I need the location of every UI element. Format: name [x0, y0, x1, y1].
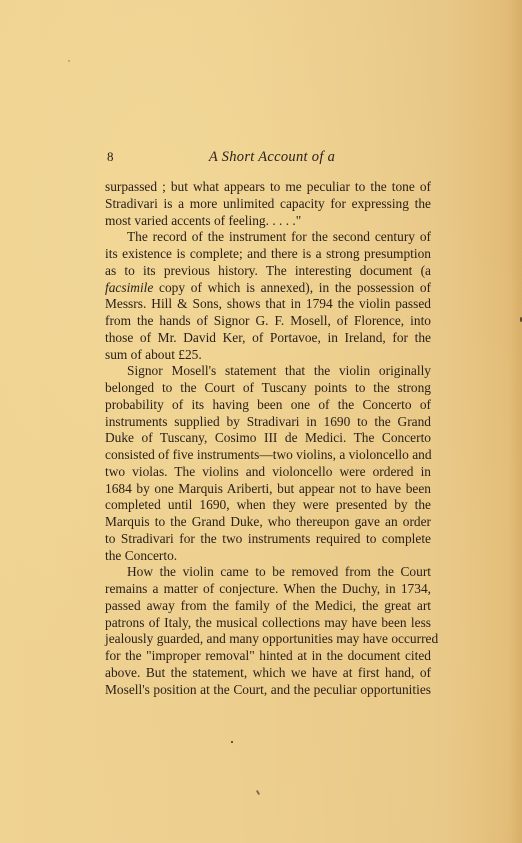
text-line: for the "improper removal" hinted at in …	[105, 648, 431, 665]
text-line: surpassed ; but what appears to me pecul…	[105, 179, 431, 196]
text-line: Duke of Tuscany, Cosimo III de Medici. T…	[105, 430, 431, 447]
text-line: Messrs. Hill & Sons, shows that in 1794 …	[105, 296, 431, 313]
text-line-facsimile: facsimile copy of which is annexed), in …	[105, 280, 431, 297]
text-line: as to its previous history. The interest…	[105, 263, 431, 280]
paragraph-3: Signor Mosell's statement that the violi…	[105, 363, 431, 564]
text-line-rest: copy of which is annexed), in the posses…	[153, 280, 431, 295]
text-line: consisted of five instruments—two violin…	[105, 447, 431, 464]
paper-speck	[231, 741, 233, 743]
book-page: 8 A Short Account of a surpassed ; but w…	[0, 0, 522, 843]
paragraph-4: How the violin came to be removed from t…	[105, 564, 431, 698]
italic-word: facsimile	[105, 280, 153, 295]
paper-speck	[68, 60, 70, 62]
text-line: Marquis to the Grand Duke, who thereupon…	[105, 514, 431, 531]
text-line: from the hands of Signor G. F. Mosell, o…	[105, 313, 431, 330]
text-line: belonged to the Court of Tuscany points …	[105, 380, 431, 397]
text-line: most varied accents of feeling. . . . ."	[105, 213, 431, 230]
text-line: passed away from the family of the Medic…	[105, 598, 431, 615]
paper-speck	[256, 790, 260, 795]
page-header: 8 A Short Account of a	[105, 147, 431, 167]
text-line: Signor Mosell's statement that the violi…	[105, 363, 431, 380]
text-line: instruments supplied by Stradivari in 16…	[105, 414, 431, 431]
text-line: How the violin came to be removed from t…	[105, 564, 431, 581]
body-text: surpassed ; but what appears to me pecul…	[105, 179, 431, 698]
paragraph-2: The record of the instrument for the sec…	[105, 229, 431, 363]
paragraph-1: surpassed ; but what appears to me pecul…	[105, 179, 431, 229]
text-line: patrons of Italy, the musical collection…	[105, 615, 431, 632]
text-line: to Stradivari for the two instruments re…	[105, 531, 431, 548]
text-line: jealously guarded, and many opportunitie…	[105, 631, 431, 648]
text-line: Stradivari is a more unlimited capacity …	[105, 196, 431, 213]
text-line: its existence is complete; and there is …	[105, 246, 431, 263]
text-line: Mosell's position at the Court, and the …	[105, 682, 431, 699]
text-line: The record of the instrument for the sec…	[105, 229, 431, 246]
text-line: two violas. The violins and violoncello …	[105, 464, 431, 481]
text-line: the Concerto.	[105, 548, 431, 565]
text-line: those of Mr. David Ker, of Portavoe, in …	[105, 330, 431, 347]
text-line: remains a matter of conjecture. When the…	[105, 581, 431, 598]
text-line: completed until 1690, when they were pre…	[105, 497, 431, 514]
text-line: probability of its having been one of th…	[105, 397, 431, 414]
page-edge-shadow	[510, 0, 522, 843]
running-title: A Short Account of a	[105, 147, 431, 167]
text-line: sum of about £25.	[105, 347, 431, 364]
text-line: above. But the statement, which we have …	[105, 665, 431, 682]
text-line: 1684 by one Marquis Ariberti, but appear…	[105, 481, 431, 498]
